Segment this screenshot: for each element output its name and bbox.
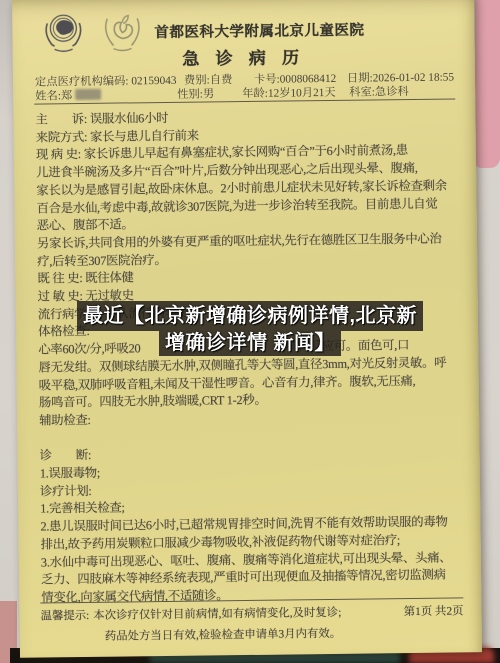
subtitle-line-2: 增确诊详情 新闻】 — [0, 331, 500, 356]
document-header: 首都医科大学附属北京儿童医院 — [40, 8, 456, 51]
page-indicator: 第1页 共2页 — [404, 602, 464, 619]
hospital-name: 首都医科大学附属北京儿童医院 — [154, 18, 364, 42]
heart-sprout-wreath-emblem-icon — [100, 10, 145, 53]
subtitle-line-1: 最近【北京新增确诊病例详情,北京新 — [0, 301, 500, 331]
china-map-wreath-emblem-icon — [40, 11, 87, 54]
department-field: 科室:急诊科 — [349, 83, 409, 100]
patient-info-block: 定点医疗机构编码: 02159043 费别:自费 卡号:0008068412 日… — [35, 68, 455, 101]
photo-frame: 首都医科大学附属北京儿童医院 急 诊 病 历 定点医疗机构编码: 0215904… — [0, 0, 500, 663]
record-body: 主 诉: 误服水仙6小时 来院方式: 家长与患儿自行前来 现 病 史: 家长诉患… — [35, 106, 461, 607]
footer-tip-line2: 药品处方当日有效,检验检查申请单3月内有效。 — [41, 623, 464, 644]
patient-name-field: 姓名:郑 — [35, 87, 101, 104]
sex-field: 性别:男 — [177, 85, 214, 101]
news-subtitle-overlay: 最近【北京新增确诊病例详情,北京新 增确诊详情 新闻】 — [0, 301, 500, 356]
age-field: 年龄:12岁10月21天 — [242, 84, 336, 101]
document-footer: 温馨提示: 本次诊疗仅针对目前病情,如有病情变化,及时复诊; 第1页 共2页 药… — [40, 597, 463, 644]
background-pink-top-right — [475, 0, 500, 168]
footer-tip-label: 温馨提示: — [40, 607, 89, 624]
footer-tip-line1: 本次诊疗仅针对目前病情,如有病情变化,及时复诊; — [93, 603, 404, 623]
name-redaction-blur — [75, 89, 101, 100]
